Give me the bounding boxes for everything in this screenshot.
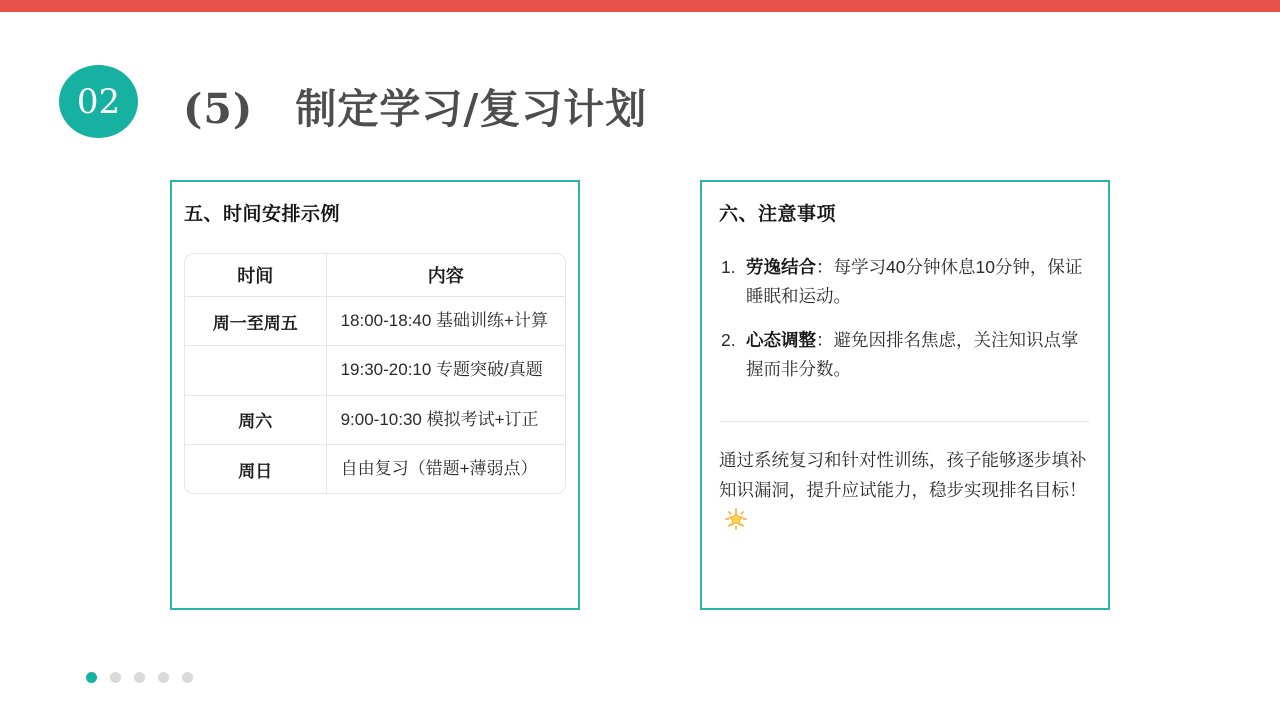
table-header-row: 时间 内容	[185, 254, 565, 296]
list-item-term: 劳逸结合	[746, 257, 816, 277]
summary-text: 通过系统复习和针对性训练，孩子能够逐步填补知识漏洞，提升应试能力，稳步实现排名目…	[719, 450, 1087, 500]
list-item-number: 1.	[721, 253, 736, 282]
section-number: 02	[77, 82, 120, 122]
schedule-table: 时间 内容 周一至周五 18:00-18:40 基础训练+计算 19:30-20…	[184, 253, 566, 494]
cell-time: 周日	[185, 444, 326, 493]
cell-time: 周一至周五	[185, 296, 326, 345]
page-title: (5) 制定学习/复习计划	[183, 76, 647, 135]
section-number-badge: 02	[59, 65, 138, 138]
column-header-time: 时间	[185, 254, 326, 296]
cell-content: 9:00-10:30 模拟考试+订正	[326, 395, 565, 444]
glowing-star-emoji	[725, 508, 747, 530]
pagination-dot-3[interactable]	[134, 672, 145, 683]
schedule-card-heading: 五、时间安排示例	[184, 199, 566, 226]
cell-time: 周六	[185, 395, 326, 444]
notes-card-heading: 六、注意事项	[719, 199, 1091, 226]
table-row: 周六 9:00-10:30 模拟考试+订正	[185, 395, 565, 444]
cell-time	[185, 345, 326, 394]
column-header-content: 内容	[326, 254, 565, 296]
list-item: 1.劳逸结合：每学习40分钟休息10分钟，保证睡眠和运动。	[719, 253, 1091, 312]
slide-pagination	[86, 672, 193, 683]
pagination-dot-4[interactable]	[158, 672, 169, 683]
notes-card: 六、注意事项 1.劳逸结合：每学习40分钟休息10分钟，保证睡眠和运动。 2.心…	[700, 180, 1110, 610]
table-row: 19:30-20:10 专题突破/真题	[185, 345, 565, 394]
list-item-number: 2.	[721, 326, 736, 355]
summary-paragraph: 通过系统复习和针对性训练，孩子能够逐步填补知识漏洞，提升应试能力，稳步实现排名目…	[719, 445, 1091, 535]
divider	[721, 421, 1089, 422]
schedule-card: 五、时间安排示例 时间 内容 周一至周五 18:00-18:40 基础训练+计算…	[170, 180, 580, 610]
list-item: 2.心态调整：避免因排名焦虑，关注知识点掌握而非分数。	[719, 326, 1091, 385]
cell-content: 19:30-20:10 专题突破/真题	[326, 345, 565, 394]
pagination-dot-1[interactable]	[86, 672, 97, 683]
table-row: 周日 自由复习（错题+薄弱点）	[185, 444, 565, 493]
pagination-dot-2[interactable]	[110, 672, 121, 683]
top-accent-bar	[0, 0, 1280, 12]
list-item-term: 心态调整	[746, 330, 816, 350]
table-row: 周一至周五 18:00-18:40 基础训练+计算	[185, 296, 565, 345]
cell-content: 自由复习（错题+薄弱点）	[326, 444, 565, 493]
cell-content: 18:00-18:40 基础训练+计算	[326, 296, 565, 345]
notes-list: 1.劳逸结合：每学习40分钟休息10分钟，保证睡眠和运动。 2.心态调整：避免因…	[719, 253, 1091, 385]
pagination-dot-5[interactable]	[182, 672, 193, 683]
